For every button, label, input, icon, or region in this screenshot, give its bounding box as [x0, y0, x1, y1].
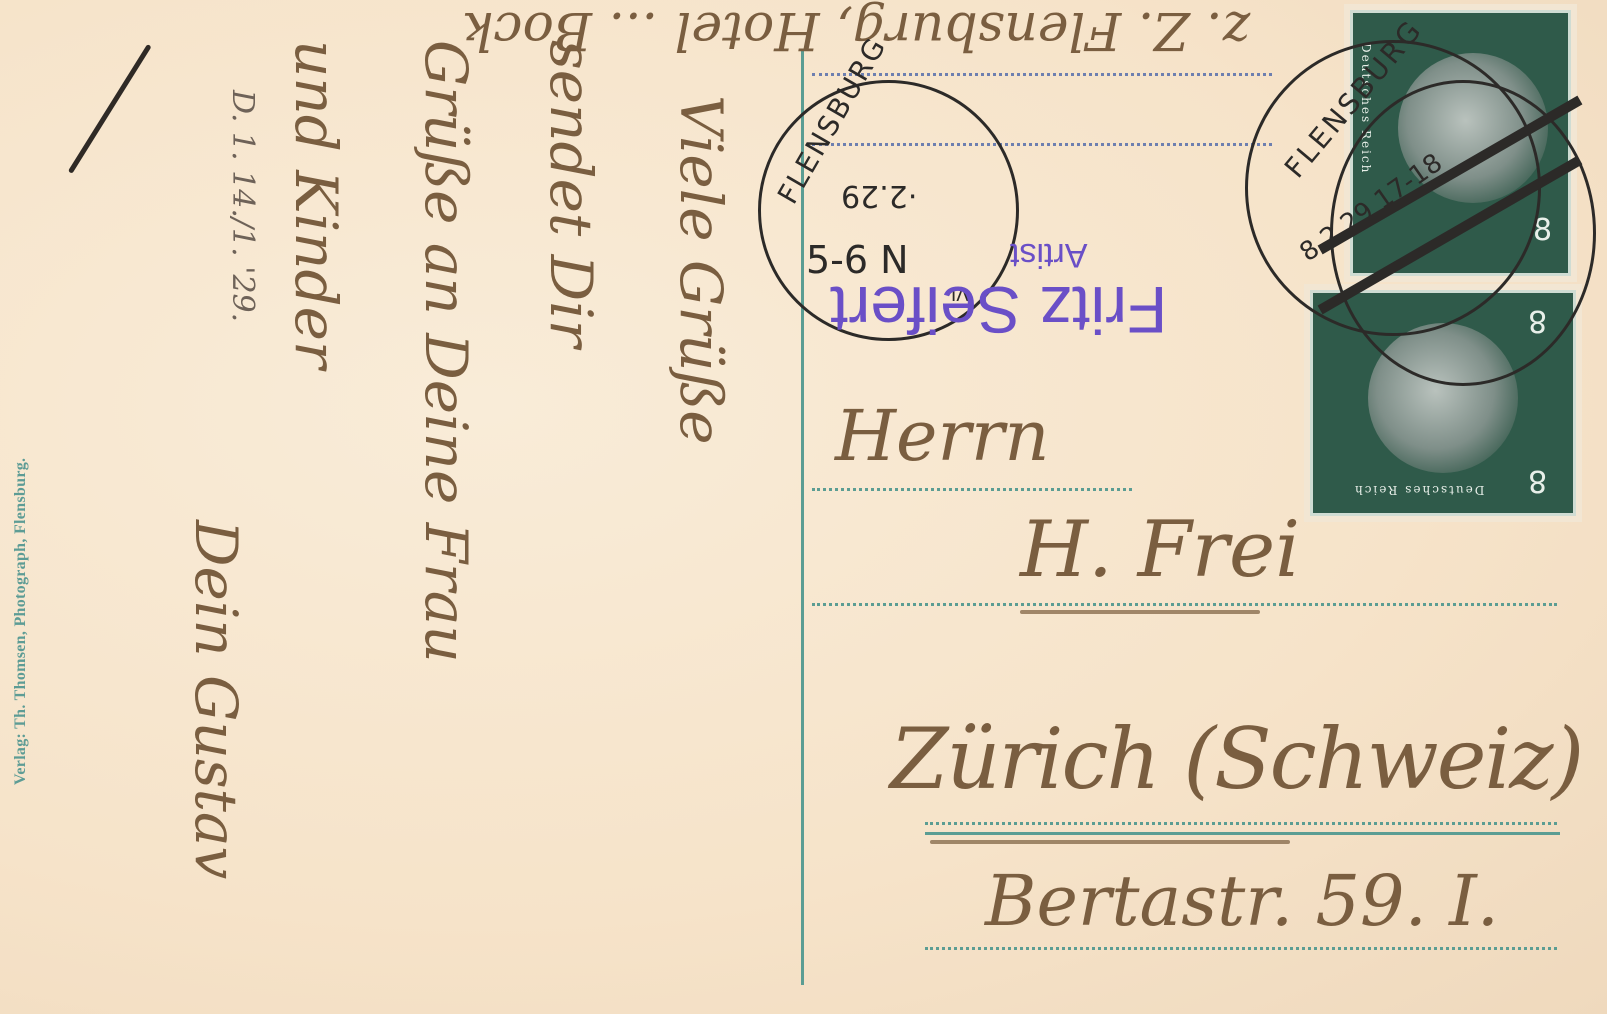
message-line: sendet Dir [537, 40, 605, 347]
message-line: Viele Grüße [667, 95, 735, 445]
address-street: Bertastr. 59. I. [985, 860, 1499, 942]
stamp-value: 8 [1528, 463, 1547, 498]
address-salutation: Herrn [835, 395, 1049, 477]
postcard-back: Verlag: Th. Thomsen, Photograph, Flensbu… [0, 0, 1607, 1014]
stamp-country: Deutsches Reich [1353, 483, 1484, 497]
pen-stroke [68, 44, 152, 174]
name-underline [1020, 610, 1260, 614]
postmark-date: ·2.29 [841, 178, 917, 213]
address-line-1 [812, 73, 1272, 76]
message-line: Dein Gustav [182, 520, 250, 879]
address-line-6 [925, 947, 1557, 950]
message-line: und Kinder [282, 40, 350, 369]
address-line-4 [812, 603, 1557, 606]
message-line: Grüße an Deine Frau [412, 40, 480, 663]
address-name: H. Frei [1020, 505, 1300, 595]
address-underline-solid [925, 832, 1560, 835]
address-line-3 [812, 488, 1132, 491]
sender-stamp-name: Fritz Seifert [830, 272, 1167, 348]
address-line-5 [925, 822, 1557, 825]
handwritten-date: D. 1. 14./1. '29. [225, 90, 260, 322]
sender-return-handwriting: z. Z. Flensburg, Hotel ... Bock [830, 0, 1250, 60]
sender-stamp-title: Artist [1010, 235, 1087, 274]
city-underline [930, 840, 1290, 844]
address-city: Zürich (Schweiz) [890, 710, 1582, 808]
publisher-imprint: Verlag: Th. Thomsen, Photograph, Flensbu… [12, 458, 30, 785]
